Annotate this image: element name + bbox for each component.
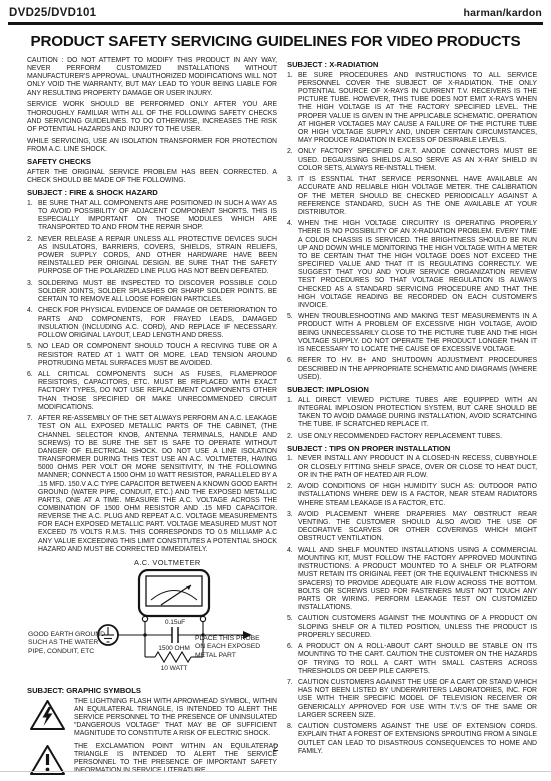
item-number: 2. xyxy=(27,236,38,277)
page-header: DVD25/DVD101 harman/kardon xyxy=(8,5,543,22)
item-text: BE SURE PROCEDURES AND INSTRUCTIONS TO A… xyxy=(298,72,537,145)
item-text: AFTER RE-ASSEMBLY OF THE SET ALWAYS PERF… xyxy=(38,415,277,554)
item-number: 6. xyxy=(287,643,298,676)
right-column: SUBJECT : X-RADIATION 1.BE SURE PROCEDUR… xyxy=(287,57,537,780)
item-number: 1. xyxy=(287,455,298,479)
item-number: 1. xyxy=(27,200,38,233)
list-item: 4.WALL AND SHELF MOUNTED INSTALLATIONS U… xyxy=(287,547,537,612)
item-number: 2. xyxy=(287,433,298,441)
list-item: 5.CAUTION CUSTOMERS AGAINST THE MOUNTING… xyxy=(287,615,537,639)
voltmeter-terminal-right xyxy=(200,616,205,621)
ground-caption: GOOD EARTH GROUND SUCH AS THE WATER PIPE… xyxy=(28,631,105,656)
item-number: 3. xyxy=(287,176,298,217)
item-number: 7. xyxy=(27,415,38,554)
item-text: AVOID CONDITIONS OF HIGH HUMIDITY SUCH A… xyxy=(298,483,537,507)
list-item: 2.NEVER RELEASE A REPAIR UNLESS ALL PROT… xyxy=(27,236,277,277)
item-text: NO LEAD OR COMPONENT SHOULD TOUCH A RECI… xyxy=(38,343,277,367)
model-number: DVD25/DVD101 xyxy=(9,7,96,19)
symbol-description: THE LIGHTNING FLASH WITH APROWHEAD SYMBO… xyxy=(74,698,277,739)
implosion-heading: SUBJECT: IMPLOSION xyxy=(287,386,537,394)
item-number: 6. xyxy=(27,371,38,412)
page-title: PRODUCT SAFETY SERVICING GUIDELINES FOR … xyxy=(8,33,543,50)
item-number: 1. xyxy=(287,397,298,430)
resistor-value-label: 1500 OHM xyxy=(158,645,190,652)
item-text: ALL DIRECT VIEWED PICTURE TUBES ARE EQUI… xyxy=(298,397,537,430)
service-manual-page: DVD25/DVD101 harman/kardon PRODUCT SAFET… xyxy=(0,0,551,780)
item-number: 3. xyxy=(287,511,298,544)
item-number: 4. xyxy=(287,220,298,310)
meter-scale-arc xyxy=(151,590,197,600)
list-item: 3.IT IS ESSNTIAL THAT SERVICE PERSONNEL … xyxy=(287,176,537,217)
resistor-zigzag xyxy=(155,652,191,662)
item-text: BE SURE THAT ALL COMPONENTS ARE POSITION… xyxy=(38,200,277,233)
brand-logo: harman/kardon xyxy=(464,7,542,19)
capacitor-value-label: 0.15uF xyxy=(165,619,185,626)
safety-checks-body: AFTER THE ORIGINAL SERVICE PROBLEM HAS B… xyxy=(27,169,277,185)
resistor-wattage-label: 10 WATT xyxy=(161,665,188,672)
header-rule xyxy=(8,22,543,25)
item-text: ONLY FACTORY SPECIFIED C.R.T. ANODE CONN… xyxy=(298,148,537,172)
probe-caption: PLACE THIS PROBE ON EACH EXPOSED METAL P… xyxy=(195,635,260,660)
list-item: 5.NO LEAD OR COMPONENT SHOULD TOUCH A RE… xyxy=(27,343,277,367)
two-column-body: CAUTION : DO NOT ATTEMPT TO MODIFY THIS … xyxy=(8,57,543,780)
isolation-transformer-paragraph: WHILE SERVICING, USE AN ISOLATION TRANSF… xyxy=(27,138,277,154)
list-item: 1.NEVER INSTALL ANY PRODUCT IN A CLOSED-… xyxy=(287,455,537,479)
graphic-symbols-heading: SUBJECT: GRAPHIC SYMBOLS xyxy=(27,687,277,695)
graphic-symbol-item: THE LIGHTNING FLASH WITH APROWHEAD SYMBO… xyxy=(27,698,277,739)
meter-needle xyxy=(161,585,191,605)
node-left xyxy=(143,633,146,636)
list-item: 2.USE ONLY RECOMMENDED FACTORY REPLACEME… xyxy=(287,433,537,441)
left-column: CAUTION : DO NOT ATTEMPT TO MODIFY THIS … xyxy=(27,57,277,780)
item-number: 2. xyxy=(287,483,298,507)
list-item: 2.AVOID CONDITIONS OF HIGH HUMIDITY SUCH… xyxy=(287,483,537,507)
item-number: 6. xyxy=(287,357,298,381)
item-text: AVOID PLACEMENT WHERE DRAPERIES MAY OBST… xyxy=(298,511,537,544)
list-item: 2.ONLY FACTORY SPECIFIED C.R.T. ANODE CO… xyxy=(287,148,537,172)
item-text: NEVER INSTALL ANY PRODUCT IN A CLOSED-IN… xyxy=(298,455,537,479)
item-text: WHEN TROUBLESHOOTING AND MAKING TEST MEA… xyxy=(298,313,537,354)
item-number: 5. xyxy=(287,313,298,354)
item-text: USE ONLY RECOMMENDED FACTORY REPLACEMENT… xyxy=(298,433,537,441)
item-number: 4. xyxy=(287,547,298,612)
list-item: 3.AVOID PLACEMENT WHERE DRAPERIES MAY OB… xyxy=(287,511,537,544)
list-item: 6.ALL CRITICAL COMPONENTS SUCH AS FUSES,… xyxy=(27,371,277,412)
item-text: CAUTION CUSTOMERS AGAINST THE MOUNTING O… xyxy=(298,615,537,639)
item-text: CHECK FOR PHYSICAL EVIDENCE OF DAMAGE OR… xyxy=(38,307,277,340)
item-text: IT IS ESSNTIAL THAT SERVICE PERSONNEL HA… xyxy=(298,176,537,217)
item-text: WHEN THE HIGH VOLTAGE CIRCUITRY IS OPERA… xyxy=(298,220,537,310)
list-item: 1.BE SURE PROCEDURES AND INSTRUCTIONS TO… xyxy=(287,72,537,145)
list-item: 7.AFTER RE-ASSEMBLY OF THE SET ALWAYS PE… xyxy=(27,415,277,554)
item-number: 1. xyxy=(287,72,298,145)
list-item: 5.WHEN TROUBLESHOOTING AND MAKING TEST M… xyxy=(287,313,537,354)
list-item: 1.ALL DIRECT VIEWED PICTURE TUBES ARE EQ… xyxy=(287,397,537,430)
item-text: REFER TO HV. B+ AND SHUTDOWN ADJUSTMENT … xyxy=(298,357,537,381)
item-number: 2. xyxy=(287,148,298,172)
item-number: 5. xyxy=(27,343,38,367)
list-item: 7.CAUTION CUSTOMERS AGAINST THE USE OF A… xyxy=(287,679,537,720)
scan-page-edge xyxy=(0,771,551,772)
fire-shock-heading: SUBJECT : FIRE & SHOCK HAZARD xyxy=(27,189,277,197)
item-number: 7. xyxy=(287,679,298,720)
list-item: 1.BE SURE THAT ALL COMPONENTS ARE POSITI… xyxy=(27,200,277,233)
voltmeter-terminal-left xyxy=(142,616,147,621)
list-item: 4.WHEN THE HIGH VOLTAGE CIRCUITRY IS OPE… xyxy=(287,220,537,310)
list-item: 3.SOLDERING MUST BE INSPECTED TO DISCOVE… xyxy=(27,280,277,304)
safety-checks-heading: SAFETY CHECKS xyxy=(27,158,277,166)
voltmeter-body xyxy=(139,570,209,616)
service-work-paragraph: SERVICE WORK SHOULD BE PERFORMED ONLY AF… xyxy=(27,101,277,134)
page-number: 2 xyxy=(0,742,551,754)
caution-paragraph: CAUTION : DO NOT ATTEMPT TO MODIFY THIS … xyxy=(27,57,277,98)
list-item: 6.REFER TO HV. B+ AND SHUTDOWN ADJUSTMEN… xyxy=(287,357,537,381)
installation-tips-heading: SUBJECT : TIPS ON PROPER INSTALLATION xyxy=(287,445,537,453)
item-number: 5. xyxy=(287,615,298,639)
lightning-triangle-icon xyxy=(27,698,67,731)
item-number: 4. xyxy=(27,307,38,340)
item-text: ALL CRITICAL COMPONENTS SUCH AS FUSES, F… xyxy=(38,371,277,412)
item-text: A PRODUCT ON A ROLL-ABOUT CART SHOULD BE… xyxy=(298,643,537,676)
voltmeter-title: A.C. VOLTMETER xyxy=(134,559,201,567)
item-number: 3. xyxy=(27,280,38,304)
list-item: 6.A PRODUCT ON A ROLL-ABOUT CART SHOULD … xyxy=(287,643,537,676)
list-item: 4.CHECK FOR PHYSICAL EVIDENCE OF DAMAGE … xyxy=(27,307,277,340)
item-text: CAUTION CUSTOMERS AGAINST THE USE OF A C… xyxy=(298,679,537,720)
item-text: SOLDERING MUST BE INSPECTED TO DISCOVER … xyxy=(38,280,277,304)
ac-leakage-test-diagram: A.C. VOLTMETER xyxy=(27,559,277,683)
x-radiation-heading: SUBJECT : X-RADIATION xyxy=(287,61,537,69)
item-text: WALL AND SHELF MOUNTED INSTALLATIONS USI… xyxy=(298,547,537,612)
item-text: NEVER RELEASE A REPAIR UNLESS ALL PROTEC… xyxy=(38,236,277,277)
